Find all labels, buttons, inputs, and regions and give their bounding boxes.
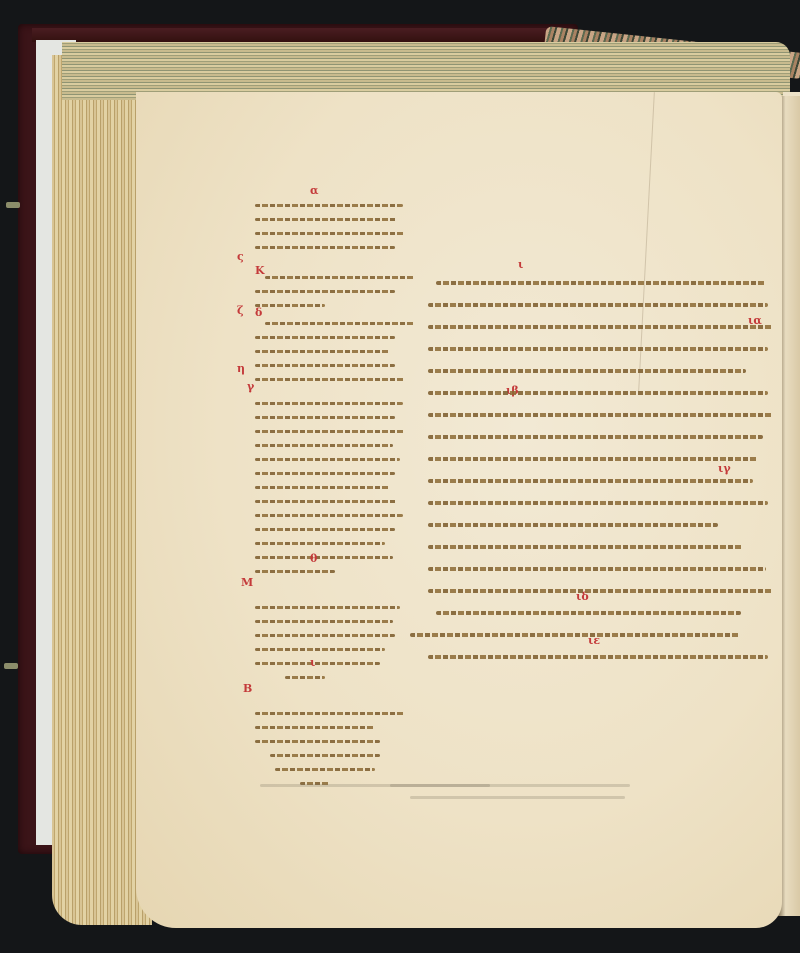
rubric-marker: α bbox=[310, 184, 318, 197]
marginal-commentary: α ς Κ ζ δ η γ θ Μ ι Β bbox=[255, 190, 420, 792]
binding-top-edge bbox=[32, 28, 552, 42]
clasp-pin-upper bbox=[6, 202, 20, 208]
rubric-marker: ζ bbox=[237, 304, 244, 317]
rubric-initial: Β bbox=[243, 682, 252, 695]
rubric-initial: Μ bbox=[241, 576, 253, 589]
clasp-pin-lower bbox=[4, 663, 18, 669]
rubric-initial: γ bbox=[247, 380, 254, 393]
rubric-marker: ι bbox=[310, 656, 315, 669]
main-text-block: ι ια ιβ ιγ ιδ ιε bbox=[428, 272, 773, 668]
rubric-marker: ς bbox=[237, 250, 244, 263]
rubric-marker: η bbox=[237, 362, 245, 375]
rubric-marker: ι bbox=[518, 258, 523, 271]
rubric-marker: θ bbox=[310, 552, 317, 565]
